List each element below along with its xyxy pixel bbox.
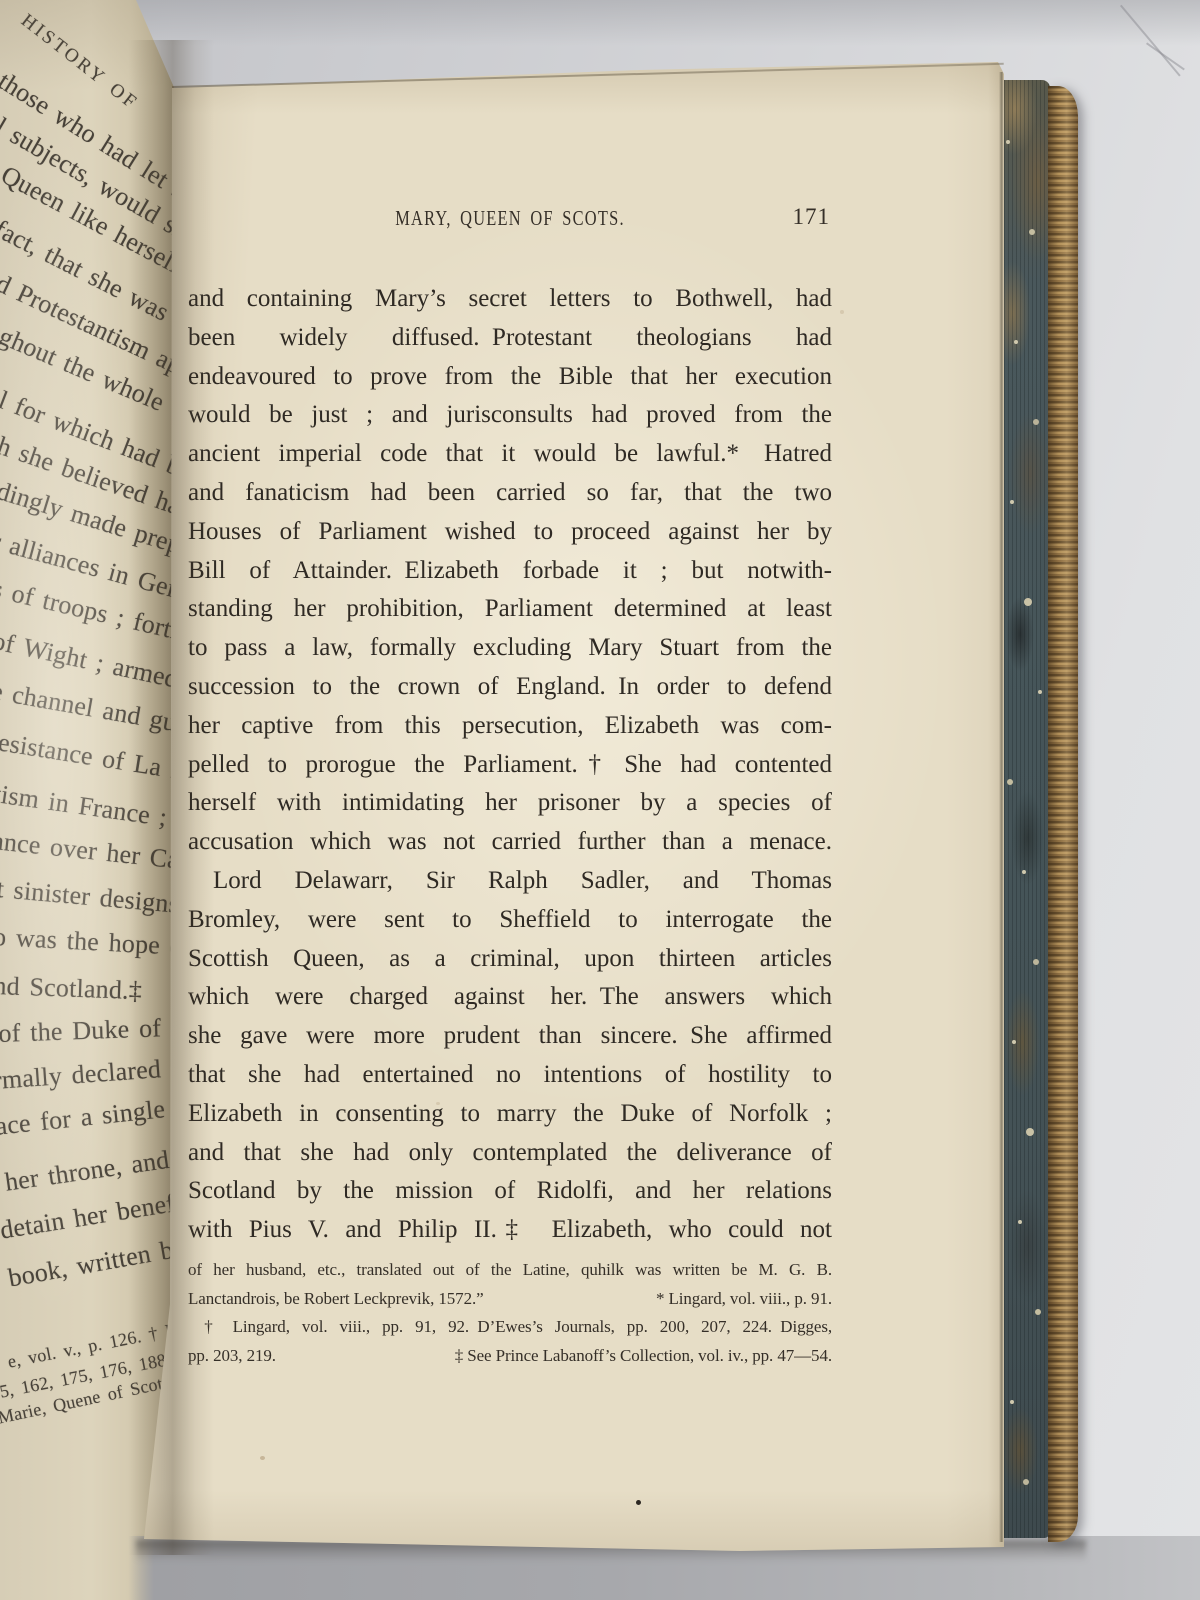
body-text-line: and that she had only contemplated the d…: [188, 1134, 832, 1173]
left-page-text-fragment: ace for a single ho: [0, 1090, 182, 1141]
body-text-line: Scotland by the mission of Ridolfi, and …: [188, 1172, 832, 1211]
left-page-text-fragment: resistance of La Roch: [0, 726, 182, 793]
ink-speck: [636, 1500, 641, 1505]
footnote-line: Lanctandrois, be Robert Leckprevik, 1572…: [188, 1285, 832, 1314]
body-text: and containing Mary’s secret letters to …: [188, 280, 832, 1250]
running-header: MARY, QUEEN OF SCOTS.: [259, 206, 761, 231]
header-row: MARY, QUEEN OF SCOTS. 171: [188, 206, 832, 236]
fox-spot: [840, 310, 844, 314]
body-text-line: she gave were more prudent than sincere.…: [188, 1017, 832, 1056]
left-page-text-fragment: ance over her Catholi: [0, 826, 182, 881]
left-page-text-fragment: t sinister designs rep: [0, 874, 182, 924]
footnote-segment: pp. 203, 219.: [188, 1342, 276, 1371]
left-page-text-fragment: s of troops ; fortified h: [0, 574, 182, 661]
body-text-line: Scottish Queen, as a criminal, upon thir…: [188, 940, 832, 979]
footnote-line: † Lingard, vol. viii., pp. 91, 92. D’Ewe…: [188, 1313, 832, 1342]
body-text-line: her captive from this persecution, Eliza…: [188, 707, 832, 746]
fore-edge-marble: [1000, 80, 1050, 1538]
left-page-text-fragment: tism in France ; rel: [0, 779, 182, 838]
body-text-line: succession to the crown of England. In o…: [188, 668, 832, 707]
left-page-text-fragment: dingly made prepara: [0, 476, 182, 570]
fox-spot: [260, 1456, 265, 1460]
body-text-line: ancient imperial code that it would be l…: [188, 435, 832, 474]
body-text-line: accusation which was not carried further…: [188, 823, 832, 862]
body-text-line: would be just ; and jurisconsults had pr…: [188, 396, 832, 435]
left-page-text-fragment: of the Duke of N: [0, 1012, 182, 1049]
left-page-text-fragment: al for which had bee: [0, 381, 182, 491]
footnote-segment: * Lingard, vol. viii., p. 91.: [656, 1285, 832, 1314]
left-page-text-fragment: e, vol. v., p. 126. † Ibid.: [6, 1315, 182, 1373]
body-text-line: standing her prohibition, Parliament det…: [188, 590, 832, 629]
board-edge: [1048, 86, 1078, 1542]
left-page-text-fragment: ch she believed had b: [0, 427, 182, 534]
left-page-text-fragment: o was the hope of th: [0, 922, 182, 964]
left-page-text-fragment: of Wight ; armed to: [0, 626, 182, 701]
body-text-line: and containing Mary’s secret letters to …: [188, 280, 832, 319]
body-text-line: to pass a law, formally excluding Mary S…: [188, 629, 832, 668]
body-text-line: Lord Delawarr, Sir Ralph Sadler, and Tho…: [188, 862, 832, 901]
fox-spot: [436, 1102, 440, 1105]
body-text-line: and fanaticism had been carried so far, …: [188, 474, 832, 513]
body-text-line: with Pius V. and Philip II.‡ Elizabeth, …: [188, 1211, 832, 1250]
left-page: HISTORY OFt those who had let sal subjec…: [0, 0, 182, 1600]
left-page-text-fragment: nd Protestantism app: [0, 263, 182, 387]
left-page-text-fragment: detain her benef: [0, 1188, 177, 1245]
right-page: MARY, QUEEN OF SCOTS. 171 and containing…: [140, 60, 1004, 1560]
footnote-segment: Lanctandrois, be Robert Leckprevik, 1572…: [188, 1285, 484, 1314]
footnote-segment: ‡ See Prince Labanoff’s Collection, vol.…: [455, 1342, 832, 1371]
left-page-text-fragment: ughout the whole w: [0, 316, 182, 429]
left-page-text-fragment: r alliances in Germany,: [0, 526, 182, 621]
page-number: 171: [793, 204, 831, 230]
body-text-line: endeavoured to prove from the Bible that…: [188, 358, 832, 397]
footnote-line: pp. 203, 219. ‡ See Prince Labanoff’s Co…: [188, 1342, 832, 1371]
open-book-photo: HISTORY OFt those who had let sal subjec…: [0, 0, 1200, 1600]
footnote-block: of her husband, etc., translated out of …: [188, 1256, 832, 1370]
body-text-line: Bromley, were sent to Sheffield to inter…: [188, 901, 832, 940]
left-page-text-fragment: t those who had let s: [0, 57, 182, 206]
left-page-text-fragment: nd Scotland.‡: [0, 971, 143, 1006]
body-text-line: pelled to prorogue the Parliament.† She …: [188, 746, 832, 785]
left-page-text-fragment: her throne, and m: [3, 1141, 182, 1198]
body-text-line: Bill of Attainder. Elizabeth forbade it …: [188, 552, 832, 591]
footnote-line: of her husband, etc., translated out of …: [188, 1256, 832, 1285]
left-page-text-fragment: e channel and guard t: [0, 676, 182, 747]
left-page-text-fragment: Queen like herself ”*: [0, 160, 182, 297]
left-page-text-fragment: book, written by B: [6, 1228, 182, 1294]
left-page-text-fragment: 5, 162, 175, 176, 188, 262, 2: [0, 1338, 182, 1403]
page-edge-seam: [999, 72, 1003, 1542]
body-text-line: which were charged against her. The answ…: [188, 978, 832, 1017]
body-text-line: been widely diffused. Protestant theolog…: [188, 319, 832, 358]
body-text-line: Houses of Parliament wished to proceed a…: [188, 513, 832, 552]
body-text-line: herself with intimidating her prisoner b…: [188, 784, 832, 823]
body-text-line: Elizabeth in consenting to marry the Duk…: [188, 1095, 832, 1134]
left-page-text-fragment: al subjects, would sh: [0, 106, 182, 247]
left-page-text-fragment: Marie, Quene of Scotis, an: [0, 1364, 182, 1428]
left-page-text-fragment: fact, that she was b: [0, 214, 182, 338]
left-page-text-fragment: HISTORY OF: [16, 10, 142, 115]
body-text-line: that she had entertained no intentions o…: [188, 1056, 832, 1095]
left-page-text-fragment: rmally declared that s: [0, 1049, 182, 1096]
